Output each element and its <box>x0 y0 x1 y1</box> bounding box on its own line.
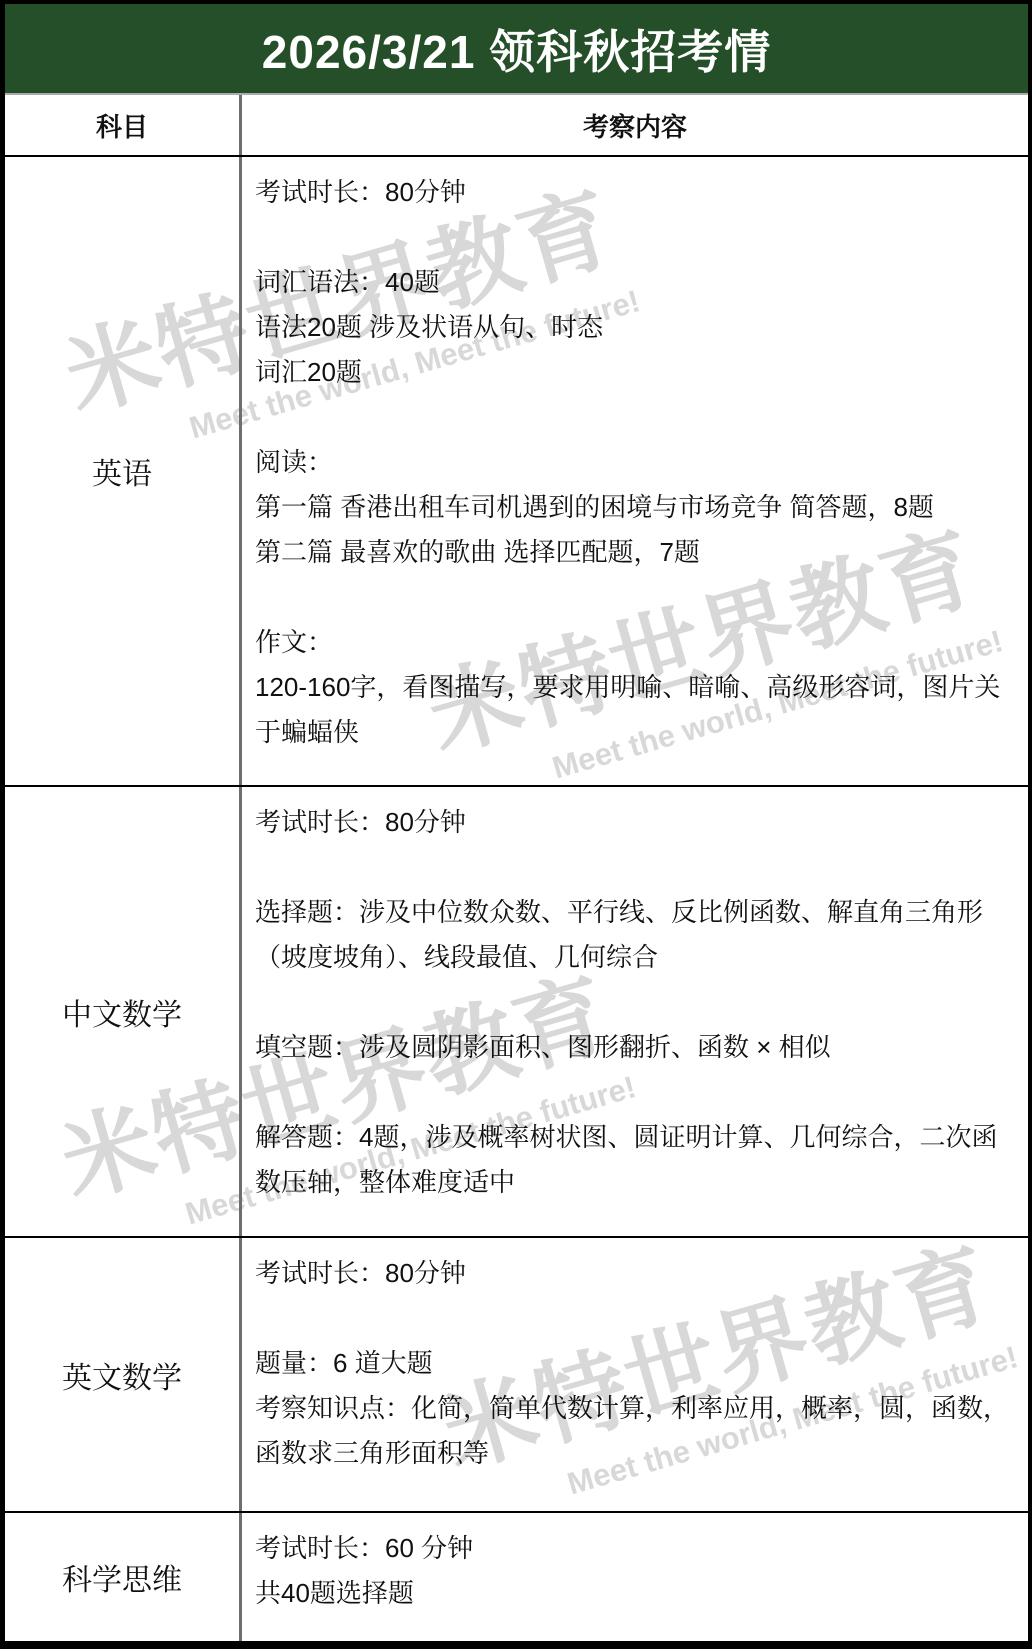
blank-line <box>255 395 1014 440</box>
content-line: 120-160字，看图描写，要求用明喻、暗喻、高级形容词，图片关于蝙蝠侠 <box>255 665 1014 755</box>
blank-line <box>255 980 1014 1025</box>
content-line: 解答题：4题，涉及概率树状图、圆证明计算、几何综合，二次函数压轴，整体难度适中 <box>255 1115 1014 1205</box>
content-line: 考试时长：80分钟 <box>255 170 1014 215</box>
content-cell: 考试时长：80分钟词汇语法：40题语法20题 涉及状语从句、时态词汇20题阅读：… <box>242 157 1028 785</box>
content-line: 填空题：涉及圆阴影面积、图形翻折、函数 × 相似 <box>255 1025 1014 1070</box>
title-bar: 2026/3/21 领科秋招考情 <box>5 4 1028 93</box>
subject-cell: 英语 <box>5 157 242 785</box>
subject-cell: 英文数学 <box>5 1238 242 1511</box>
table-row: 英文数学 考试时长：80分钟题量：6 道大题考察知识点：化简，简单代数计算，利率… <box>5 1238 1028 1513</box>
table-header-row: 科目 考察内容 <box>5 93 1028 157</box>
content-line: 选择题：涉及中位数众数、平行线、反比例函数、解直角三角形（坡度坡角）、线段最值、… <box>255 890 1014 980</box>
blank-line <box>255 1070 1014 1115</box>
content-line: 第一篇 香港出租车司机遇到的困境与市场竞争 简答题，8题 <box>255 485 1014 530</box>
content-line: 阅读： <box>255 440 1014 485</box>
content-cell: 考试时长：80分钟题量：6 道大题考察知识点：化简，简单代数计算，利率应用，概率… <box>242 1238 1028 1511</box>
content-line: 词汇语法：40题 <box>255 260 1014 305</box>
content-line: 第二篇 最喜欢的歌曲 选择匹配题，7题 <box>255 530 1014 575</box>
content-line: 作文： <box>255 620 1014 665</box>
content-line: 考察知识点：化简，简单代数计算，利率应用，概率，圆，函数，函数求三角形面积等 <box>255 1386 1014 1476</box>
table-row: 英语 考试时长：80分钟词汇语法：40题语法20题 涉及状语从句、时态词汇20题… <box>5 157 1028 787</box>
column-header-subject: 科目 <box>5 95 242 155</box>
blank-line <box>255 1296 1014 1341</box>
subject-cell: 中文数学 <box>5 787 242 1236</box>
content-line: 语法20题 涉及状语从句、时态 <box>255 305 1014 350</box>
column-header-content: 考察内容 <box>242 95 1028 155</box>
table-row: 中文数学 考试时长：80分钟选择题：涉及中位数众数、平行线、反比例函数、解直角三… <box>5 787 1028 1238</box>
page-title: 2026/3/21 领科秋招考情 <box>262 16 771 82</box>
exam-info-sheet: 米特世界教育 Meet the world, Meet the future! … <box>0 0 1032 1649</box>
content-cell: 考试时长：80分钟选择题：涉及中位数众数、平行线、反比例函数、解直角三角形（坡度… <box>242 787 1028 1236</box>
table-body: 英语 考试时长：80分钟词汇语法：40题语法20题 涉及状语从句、时态词汇20题… <box>5 157 1028 1641</box>
blank-line <box>255 845 1014 890</box>
blank-line <box>255 215 1014 260</box>
content-line: 考试时长：80分钟 <box>255 800 1014 845</box>
content-line: 词汇20题 <box>255 350 1014 395</box>
content-line: 考试时长：80分钟 <box>255 1251 1014 1296</box>
content-line: 共40题选择题 <box>255 1571 1014 1616</box>
table-row: 科学思维 考试时长：60 分钟共40题选择题 <box>5 1513 1028 1641</box>
blank-line <box>255 575 1014 620</box>
content-line: 题量：6 道大题 <box>255 1341 1014 1386</box>
content-cell: 考试时长：60 分钟共40题选择题 <box>242 1513 1028 1641</box>
subject-cell: 科学思维 <box>5 1513 242 1641</box>
table-frame: 2026/3/21 领科秋招考情 科目 考察内容 英语 考试时长：80分钟词汇语… <box>5 4 1028 1641</box>
content-line: 考试时长：60 分钟 <box>255 1526 1014 1571</box>
